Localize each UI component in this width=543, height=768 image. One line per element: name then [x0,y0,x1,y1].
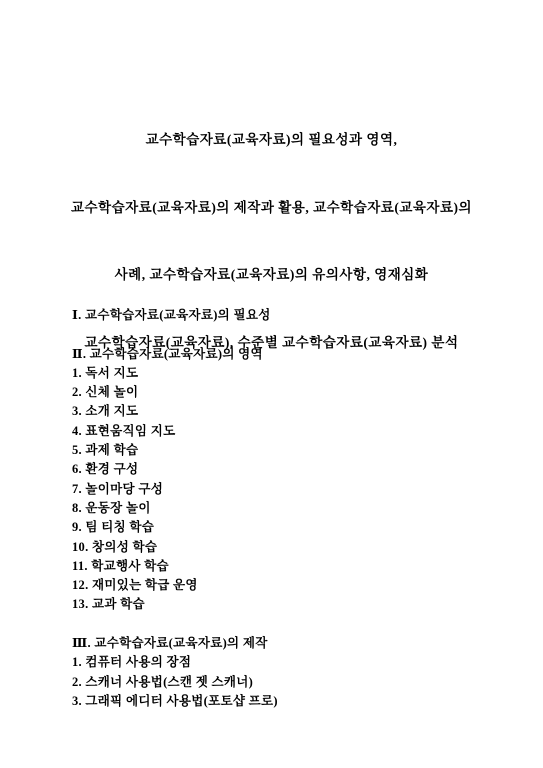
toc-item: 11. 학교행사 학습 [72,557,512,576]
title-line-3: 사례, 교수학습자료(교육자료)의 유의사항, 영재심화 [0,264,543,287]
toc-section-3: Ⅲ. 교수학습자료(교육자료)의 제작 1. 컴퓨터 사용의 장점 2. 스캐너… [72,634,512,711]
toc-item: 8. 운동장 놀이 [72,499,512,518]
toc-section-2-heading: Ⅱ. 교수학습자료(교육자료)의 영역 [72,345,512,364]
toc-item: 4. 표현움직임 지도 [72,422,512,441]
toc-item: 1. 컴퓨터 사용의 장점 [72,653,512,672]
toc-section-1: Ⅰ. 교수학습자료(교육자료)의 필요성 [72,306,512,325]
toc-item: 3. 소개 지도 [72,402,512,421]
toc-item: 6. 환경 구성 [72,460,512,479]
toc-section-1-heading: Ⅰ. 교수학습자료(교육자료)의 필요성 [72,306,512,325]
document-page: 교수학습자료(교육자료)의 필요성과 영역, 교수학습자료(교육자료)의 제작과… [0,0,543,768]
toc-item: 1. 독서 지도 [72,364,512,383]
toc-item: 9. 팀 티칭 학습 [72,518,512,537]
title-line-1: 교수학습자료(교육자료)의 필요성과 영역, [0,129,543,152]
toc-item: 2. 스캐너 사용법(스캔 젯 스캐너) [72,673,512,692]
toc-item: 3. 그래픽 에디터 사용법(포토샵 프로) [72,692,512,711]
toc-item: 10. 창의성 학습 [72,538,512,557]
toc-item: 2. 신체 놀이 [72,383,512,402]
title-line-2: 교수학습자료(교육자료)의 제작과 활용, 교수학습자료(교육자료)의 [0,197,543,220]
toc-item: 7. 놀이마당 구성 [72,480,512,499]
toc-item: 13. 교과 학습 [72,595,512,614]
toc-section-2: Ⅱ. 교수학습자료(교육자료)의 영역 1. 독서 지도 2. 신체 놀이 3.… [72,345,512,615]
table-of-contents: Ⅰ. 교수학습자료(교육자료)의 필요성 Ⅱ. 교수학습자료(교육자료)의 영역… [72,306,512,731]
toc-item: 12. 재미있는 학급 운영 [72,576,512,595]
toc-item: 5. 과제 학습 [72,441,512,460]
toc-section-3-heading: Ⅲ. 교수학습자료(교육자료)의 제작 [72,634,512,653]
